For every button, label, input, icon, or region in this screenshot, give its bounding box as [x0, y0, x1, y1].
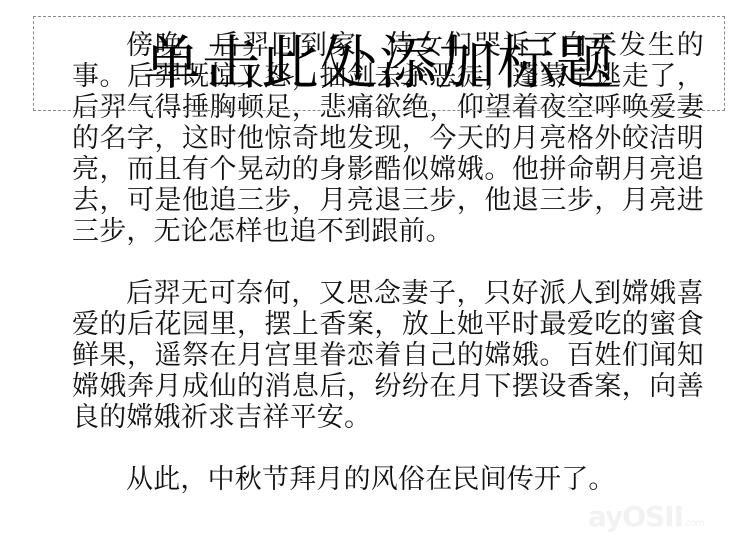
title-placeholder-text: 单击此处添加标题: [34, 31, 724, 95]
slide-canvas: 傍晚，后羿回到家，侍女们哭诉了白天发生的事。后羿既惊又怒，抽剑去杀恶徒，蓬蒙早逃…: [0, 0, 753, 555]
watermark-logo: ayOSII.com: [588, 500, 704, 533]
watermark-text: ayOSII: [588, 500, 683, 533]
paragraph-2: 后羿无可奈何，又思念妻子，只好派人到嫦娥喜爱的后花园里，摆上香案，放上她平时最爱…: [72, 278, 704, 433]
watermark-suffix: .com: [683, 518, 704, 529]
paragraph-3: 从此，中秋节拜月的风俗在民间传开了。: [72, 464, 704, 495]
title-placeholder[interactable]: 单击此处添加标题: [33, 16, 725, 111]
